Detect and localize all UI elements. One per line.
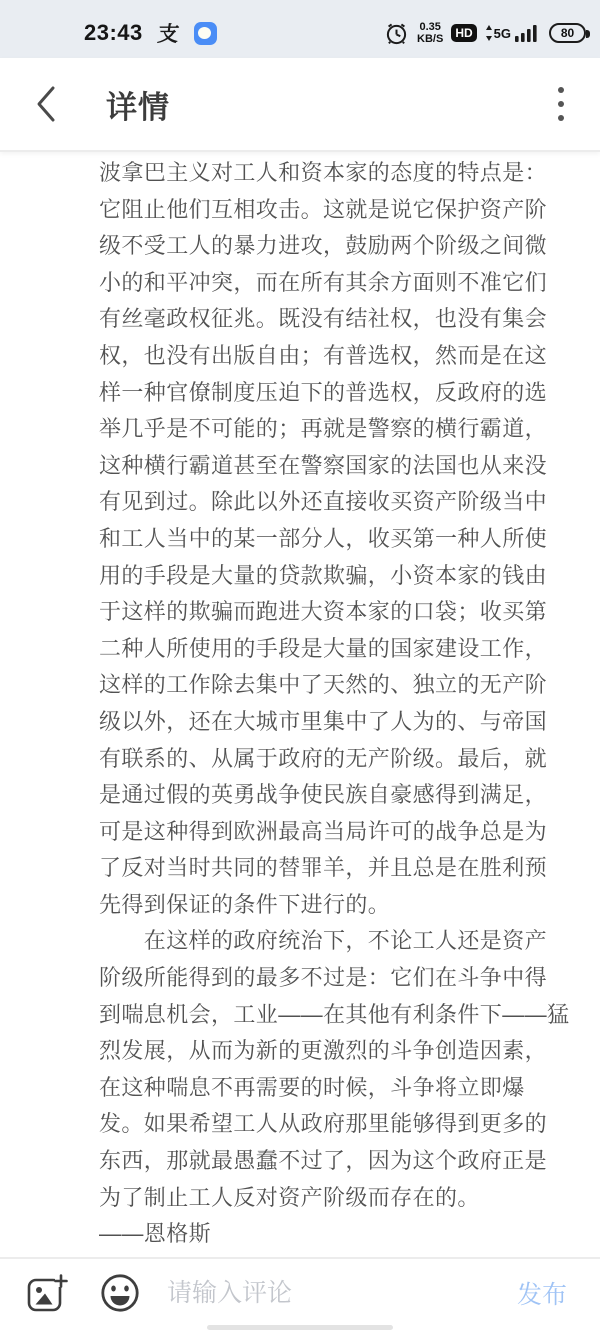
status-bar-right: 0.35 KB/S HD 5G [384, 21, 586, 46]
clock-time: 23:43 [84, 20, 143, 46]
article-body: 波拿巴主义对工人和资本家的态度的特点是： 它阻止他们互相攻击。这就是说它保护资产… [99, 155, 580, 1253]
network-type-label: 5G [494, 26, 511, 41]
network-speed-value: 0.35 [419, 21, 440, 33]
network-speed-unit: KB/S [417, 33, 443, 45]
app-notification-icon [194, 22, 217, 45]
alarm-clock-icon [384, 21, 409, 46]
status-bar-left: 23:43 支 [84, 18, 217, 48]
data-updown-arrows-icon [485, 24, 493, 42]
chevron-left-icon [34, 85, 58, 123]
hd-voice-icon: HD [451, 24, 476, 42]
back-button[interactable] [34, 86, 64, 122]
comment-bar: 发布 [0, 1257, 600, 1333]
cellular-indicator: 5G [485, 24, 537, 42]
home-indicator[interactable] [207, 1325, 393, 1330]
app-screen: 23:43 支 0.35 KB/S HD [0, 0, 600, 1333]
more-options-button[interactable] [552, 81, 570, 127]
kebab-dot [558, 101, 564, 107]
add-image-button[interactable] [27, 1273, 69, 1313]
battery-level: 80 [561, 26, 574, 40]
signal-bars-icon [515, 24, 537, 42]
article-scroll-area[interactable]: 波拿巴主义对工人和资本家的态度的特点是： 它阻止他们互相攻击。这就是说它保护资产… [0, 152, 600, 1257]
kebab-dot [558, 115, 564, 121]
network-speed-indicator: 0.35 KB/S [417, 21, 443, 45]
header: 详情 [0, 58, 600, 152]
publish-button[interactable]: 发布 [517, 1275, 567, 1311]
comment-input[interactable] [167, 1279, 517, 1308]
alipay-notification-icon: 支 [156, 18, 181, 48]
emoji-button[interactable] [99, 1272, 141, 1314]
image-add-icon [27, 1273, 69, 1313]
kebab-dot [558, 87, 564, 93]
battery-icon: 80 [549, 23, 586, 43]
page-title: 详情 [106, 82, 170, 127]
smiley-face-icon [99, 1272, 141, 1314]
status-bar: 23:43 支 0.35 KB/S HD [0, 0, 600, 58]
